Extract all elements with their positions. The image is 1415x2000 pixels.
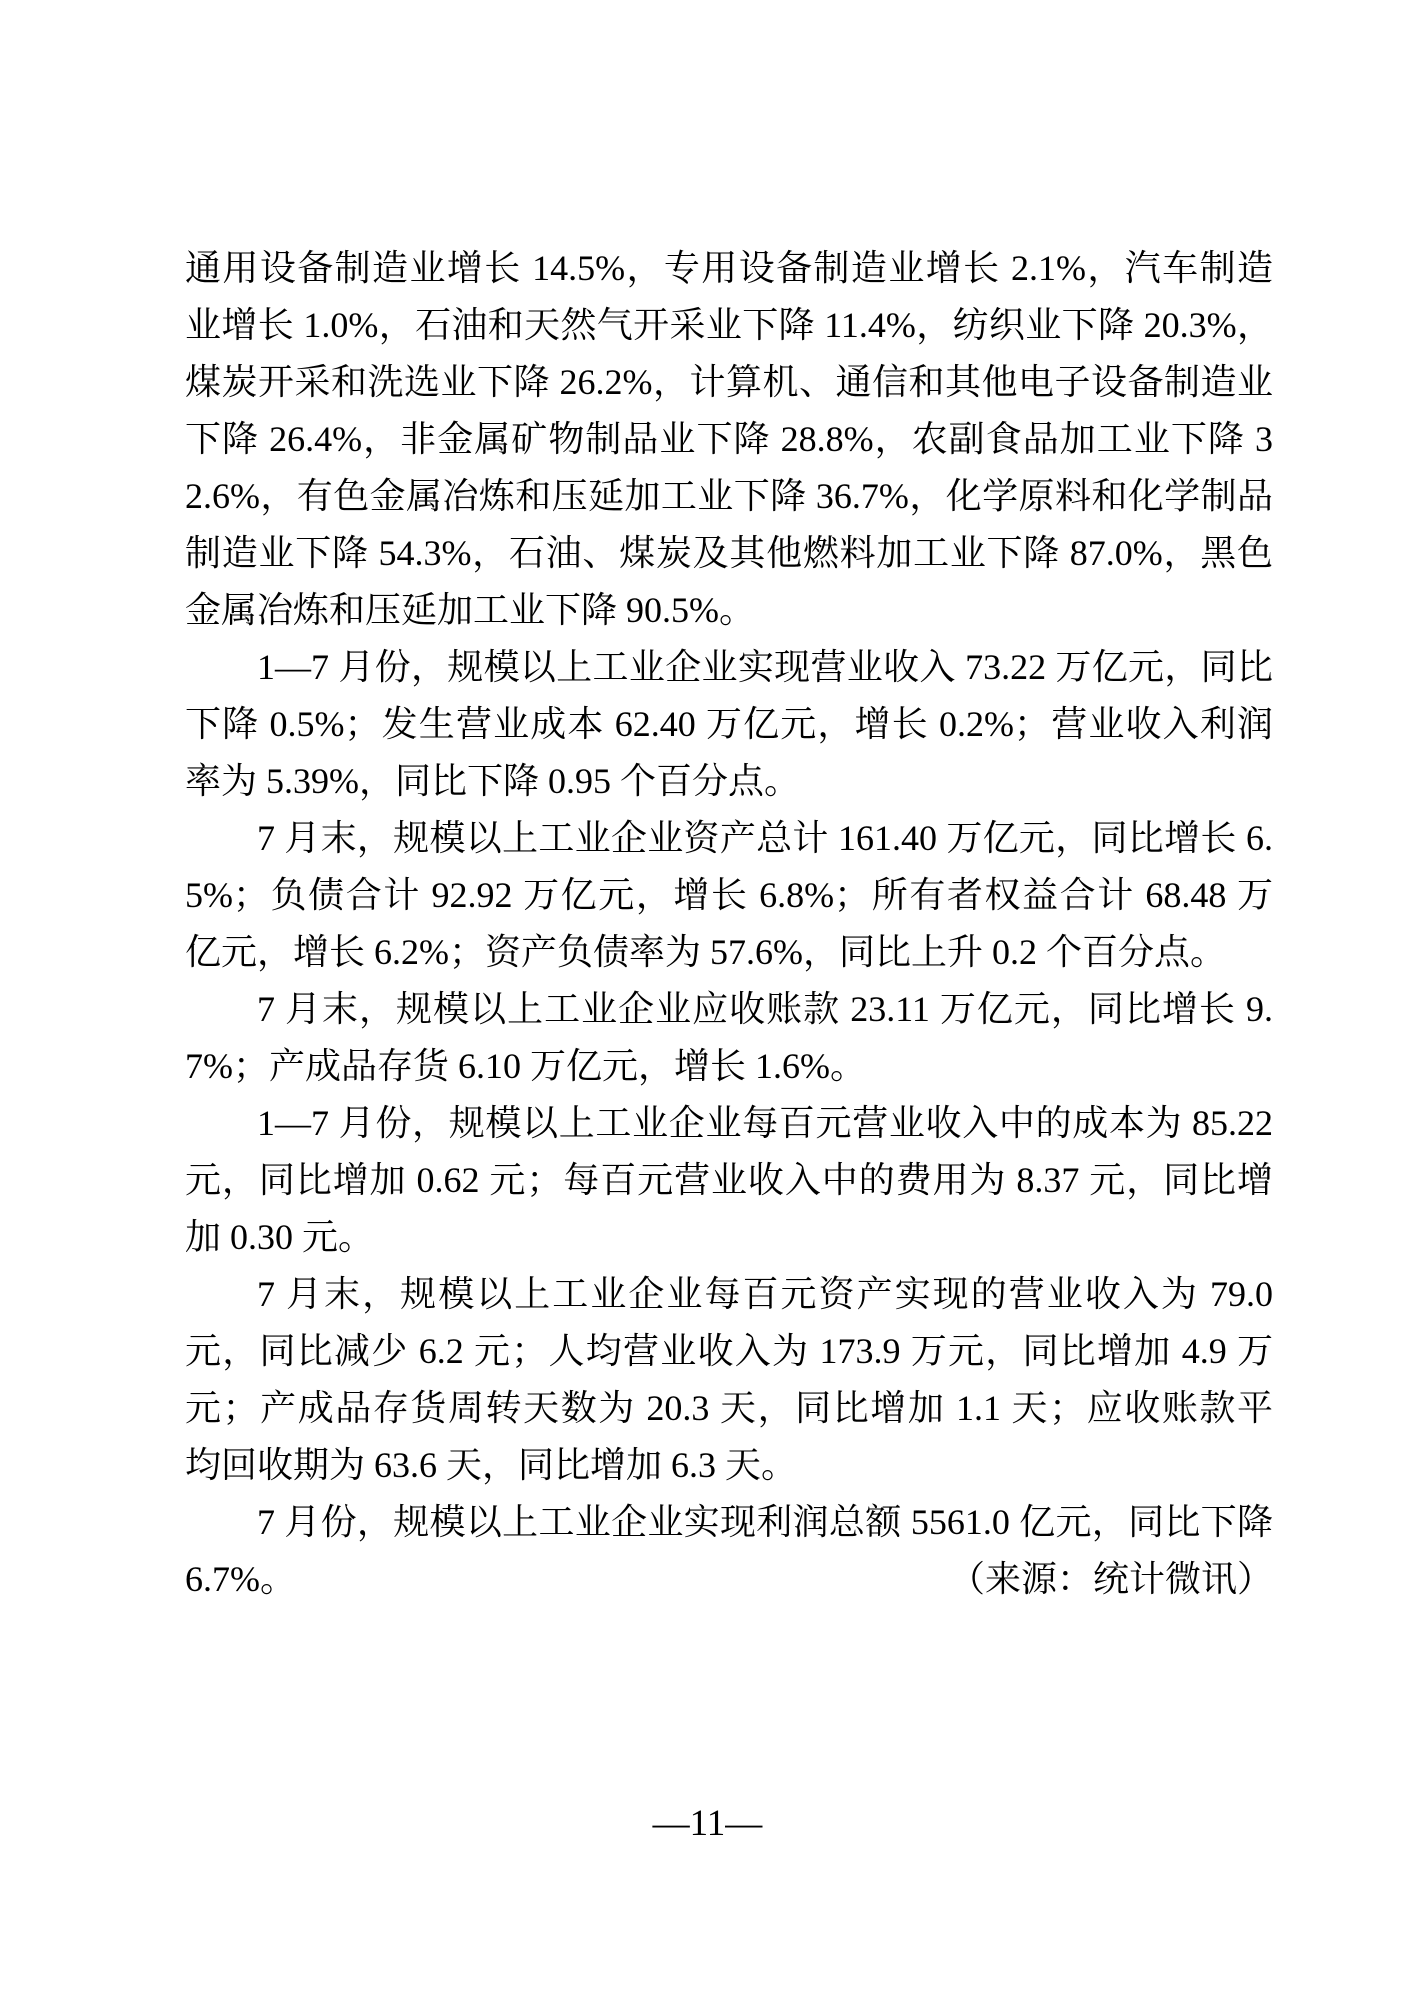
text-line: 通用设备制造业增长 14.5%，专用设备制造业增长 2.1%，汽车制造 xyxy=(185,240,1273,297)
text-line: 7 月末，规模以上工业企业资产总计 161.40 万亿元，同比增长 6. xyxy=(185,810,1273,867)
text-line: 元，同比增加 0.62 元；每百元营业收入中的费用为 8.37 元，同比增 xyxy=(185,1152,1273,1209)
text-line: 均回收期为 63.6 天，同比增加 6.3 天。 xyxy=(185,1437,1273,1494)
text-line: 金属冶炼和压延加工业下降 90.5%。 xyxy=(185,582,1273,639)
text-line: 制造业下降 54.3%，石油、煤炭及其他燃料加工业下降 87.0%，黑色 xyxy=(185,525,1273,582)
text-line: 5%；负债合计 92.92 万亿元，增长 6.8%；所有者权益合计 68.48 … xyxy=(185,867,1273,924)
text-line: 7 月份，规模以上工业企业实现利润总额 5561.0 亿元，同比下降 xyxy=(185,1494,1273,1551)
source-note: （来源：统计微讯） xyxy=(949,1551,1273,1608)
document-body: 通用设备制造业增长 14.5%，专用设备制造业增长 2.1%，汽车制造 业增长 … xyxy=(185,240,1273,1608)
text-line: 业增长 1.0%，石油和天然气开采业下降 11.4%，纺织业下降 20.3%， xyxy=(185,297,1273,354)
text-line: 1—7 月份，规模以上工业企业每百元营业收入中的成本为 85.22 xyxy=(185,1095,1273,1152)
text-line: 亿元，增长 6.2%；资产负债率为 57.6%，同比上升 0.2 个百分点。 xyxy=(185,924,1273,981)
line-text: 6.7%。 xyxy=(185,1551,296,1608)
text-line: 7 月末，规模以上工业企业应收账款 23.11 万亿元，同比增长 9. xyxy=(185,981,1273,1038)
text-line: 下降 26.4%，非金属矿物制品业下降 28.8%，农副食品加工业下降 3 xyxy=(185,411,1273,468)
text-line: 7%；产成品存货 6.10 万亿元，增长 1.6%。 xyxy=(185,1038,1273,1095)
text-line: 6.7%。 （来源：统计微讯） xyxy=(185,1551,1273,1608)
text-line: 下降 0.5%；发生营业成本 62.40 万亿元，增长 0.2%；营业收入利润 xyxy=(185,696,1273,753)
text-line: 元；产成品存货周转天数为 20.3 天，同比增加 1.1 天；应收账款平 xyxy=(185,1380,1273,1437)
text-line: 加 0.30 元。 xyxy=(185,1209,1273,1266)
page-number: —11— xyxy=(0,1802,1415,1845)
document-page: 通用设备制造业增长 14.5%，专用设备制造业增长 2.1%，汽车制造 业增长 … xyxy=(0,0,1415,2000)
text-line: 2.6%，有色金属冶炼和压延加工业下降 36.7%，化学原料和化学制品 xyxy=(185,468,1273,525)
text-line: 元，同比减少 6.2 元；人均营业收入为 173.9 万元，同比增加 4.9 万 xyxy=(185,1323,1273,1380)
text-line: 率为 5.39%，同比下降 0.95 个百分点。 xyxy=(185,753,1273,810)
text-line: 煤炭开采和洗选业下降 26.2%，计算机、通信和其他电子设备制造业 xyxy=(185,354,1273,411)
text-line: 7 月末，规模以上工业企业每百元资产实现的营业收入为 79.0 xyxy=(185,1266,1273,1323)
text-line: 1—7 月份，规模以上工业企业实现营业收入 73.22 万亿元，同比 xyxy=(185,639,1273,696)
